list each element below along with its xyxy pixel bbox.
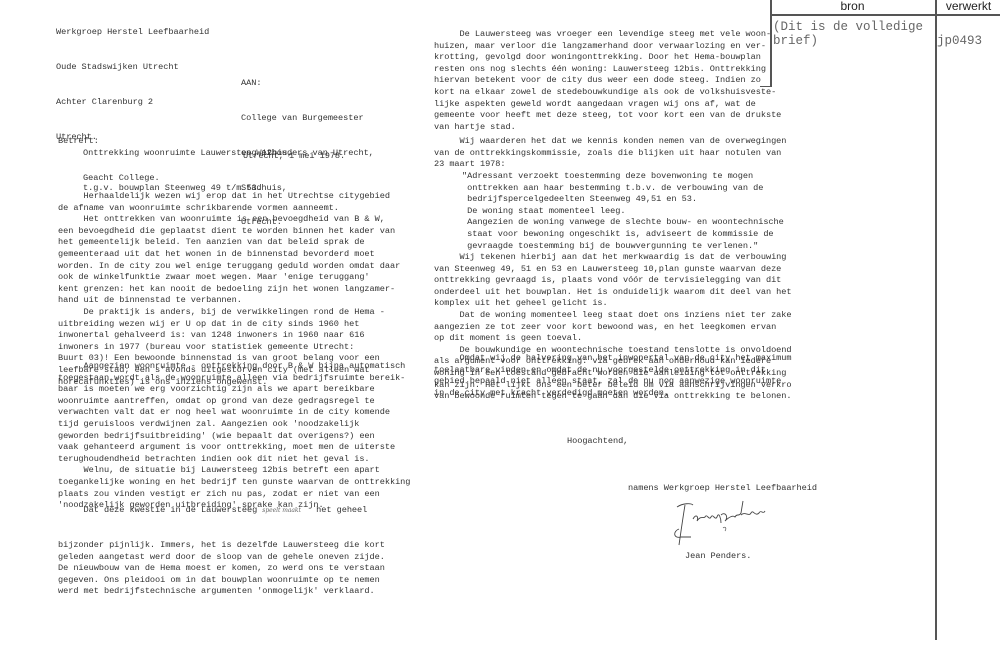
text-line: toelaatbare vinden en omdat de nu voorge… [434,365,792,377]
text-line: Dat de woning momenteel leeg staat doet … [434,310,792,322]
text-line: in de city met kracht verdedigd moeten w… [434,388,792,400]
right-column-para4: Omdat wij de halvering van het inwonerta… [434,353,792,399]
sender-line: Oude Stadswijken Utrecht [56,62,209,74]
text-line: aangezien ze tot zeer voor kort bewoond … [434,322,792,334]
text-line: tijd geruisloos verdwijnen zal. Aangezie… [58,419,410,431]
handwritten-signature [663,495,783,550]
text-line: Omdat wij de halvering van het inwonerta… [434,353,792,365]
text-line: toegestaan wordt als de woonruimte allee… [58,373,410,385]
bron-value: (Dit is de volledige brief) [773,20,923,48]
sender-line: Achter Clarenburg 2 [56,97,209,109]
text-line: Wij waarderen het dat we kennis konden n… [434,136,786,148]
text-line: inwoners in 1977 (bureau voor statistiek… [58,342,400,354]
salutation: Geacht College. [83,173,160,185]
text-line: gegeven. Ons pleidooi om in dat bouwplan… [58,575,385,587]
text-line: de afname van woonruimte schrikbarende v… [58,203,400,215]
text-line: Herhaaldelijk wezen wij erop dat in het … [58,191,400,203]
recipient-label: AAN: [241,78,374,90]
text-line: woonruimte aantreffen, omdat op grond va… [58,396,410,408]
text-line: inwonertal gehalveerd is: van 1248 inwon… [58,330,400,342]
recipient-line: College van Burgemeester [241,113,374,125]
text-line: gemeenteraad uit dat het wonen in de bin… [58,249,400,261]
text-line: ook de winkelfunktie zwaar moet wegen. M… [58,272,400,284]
text-line: van hartje stad. [434,122,781,134]
table-header-border [770,14,1000,16]
text-line: uitbreiding wezen wij er U op dat in de … [58,319,400,331]
text-line: geworden bedrijfsuitbreiding' (wie bepaa… [58,431,410,443]
text-line: hiervan betekent voor de city dus weer e… [434,75,781,87]
sender-line: Werkgroep Herstel Leefbaarheid [56,27,209,39]
verwerkt-value: jp0493 [937,34,982,48]
column-header-verwerkt: verwerkt [937,0,1000,13]
text-line: De praktijk is anders, bij de verwikkeli… [58,307,400,319]
text-line: lijke aspekten geweld wordt aangedaan vr… [434,99,781,111]
quote-line: gevraagde toestemming bij de bouwvergunn… [462,241,784,253]
text-line: Welnu, de situatie bij Lauwersteeg 12bis… [58,465,410,477]
text-line: De nieuwbouw van de Hema moest er komen,… [58,563,385,575]
letter-date: Utrecht, 1 mei 1978. [243,151,345,163]
text-line: van Steenweg 49, 51 en 53 en Lauwersteeg… [434,264,792,276]
quote-line: De woning staat momenteel leeg. [462,206,784,218]
text-line: huizen, maar verloor die langzamerhand d… [434,41,781,53]
quote-line: Aangezien de woning vanwege de slechte b… [462,217,784,229]
column-header-bron: bron [770,0,935,13]
text-line: geleden aangetast werd door de sloop van… [58,552,385,564]
text-line: op dit moment is geen toeval. [434,333,792,345]
left-column-para1: Herhaaldelijk wezen wij erop dat in het … [58,191,400,388]
text-line: Wij tekenen hierbij aan dat het merkwaar… [434,252,792,264]
text-line: het gemeentelijk beleid. Ten aanzien van… [58,237,400,249]
text-line: gemeente voor heeft met deze steeg, tot … [434,110,781,122]
text-line: bijzonder pijnlijk. Immers, het is dezel… [58,540,385,552]
text-line: krotting, gevolgd door woningonttrekking… [434,52,781,64]
on-behalf: namens Werkgroep Herstel Leefbaarheid [628,483,817,495]
text-line: een bevoegdheid die geplaatst dient te w… [58,226,400,238]
right-column-quote: "Adressant verzoekt toestemming deze bov… [462,171,784,252]
text-line: resten ons nog slechts één woning: Lauwe… [434,64,781,76]
text-line: 23 maart 1978: [434,159,786,171]
para3-pre: Dat deze kwestie in de Lauwersteeg [58,505,262,515]
handwritten-correction: speelt maakt [262,507,301,514]
text-line: van de onttrekkingskommissie, zoals die … [434,148,786,160]
text-line: onttrekking gevraagd is, plaats vond vóó… [434,275,792,287]
text-line: vaak gehanteerd argument is voor onttrek… [58,442,410,454]
text-line: gebied bepaald niet alleen staat, zal de… [434,376,792,388]
text-line: onderdeel uit het bouwplan. Het is ondui… [434,287,792,299]
text-line: kort na elkaar zowel de stedebouwkundige… [434,87,781,99]
text-line: De Lauwersteeg was vroeger een levendige… [434,29,781,41]
quote-line: bedrijfspercelgedeelten Steenweg 49,51 e… [462,194,784,206]
text-line: baar is moeten we erg voorzichtig zijn a… [58,384,410,396]
right-column-para1: De Lauwersteeg was vroeger een levendige… [434,29,781,133]
text-line: komplex uit het geheel gelicht is. [434,298,792,310]
text-line: kent grenzen: het kan nooit de bedoeling… [58,284,400,296]
quote-line: "Adressant verzoekt toestemming deze bov… [462,171,784,183]
table-left-tick [760,86,770,87]
signer-name: Jean Penders. [685,551,751,563]
table-column-divider [935,0,937,640]
text-line: werd met bedrijfstechnische argumenten '… [58,586,385,598]
text-line: terughoudendheid betrachten indien ook d… [58,454,410,466]
right-column-para2: Wij waarderen het dat we kennis konden n… [434,136,786,171]
quote-line: onttrekken aan haar bestemming t.b.v. de… [462,183,784,195]
quote-line: staat voor bewoning ongeschikt is, advis… [462,229,784,241]
para3-post: het geheel [301,505,367,515]
left-column-para3: Dat deze kwestie in de Lauwersteeg speel… [58,482,385,610]
text-line: worden. In de city zou wel enige terugga… [58,261,400,273]
text-line: verwachten valt dat er nog heel wat woon… [58,407,410,419]
text-line: Aangezien woonruimte - onttrekking door … [58,361,410,373]
text-line: Het onttrekken van woonruimte is een bev… [58,214,400,226]
text-line: hand uit de binnenstad te verbannen. [58,295,400,307]
closing: Hoogachtend, [567,436,628,448]
